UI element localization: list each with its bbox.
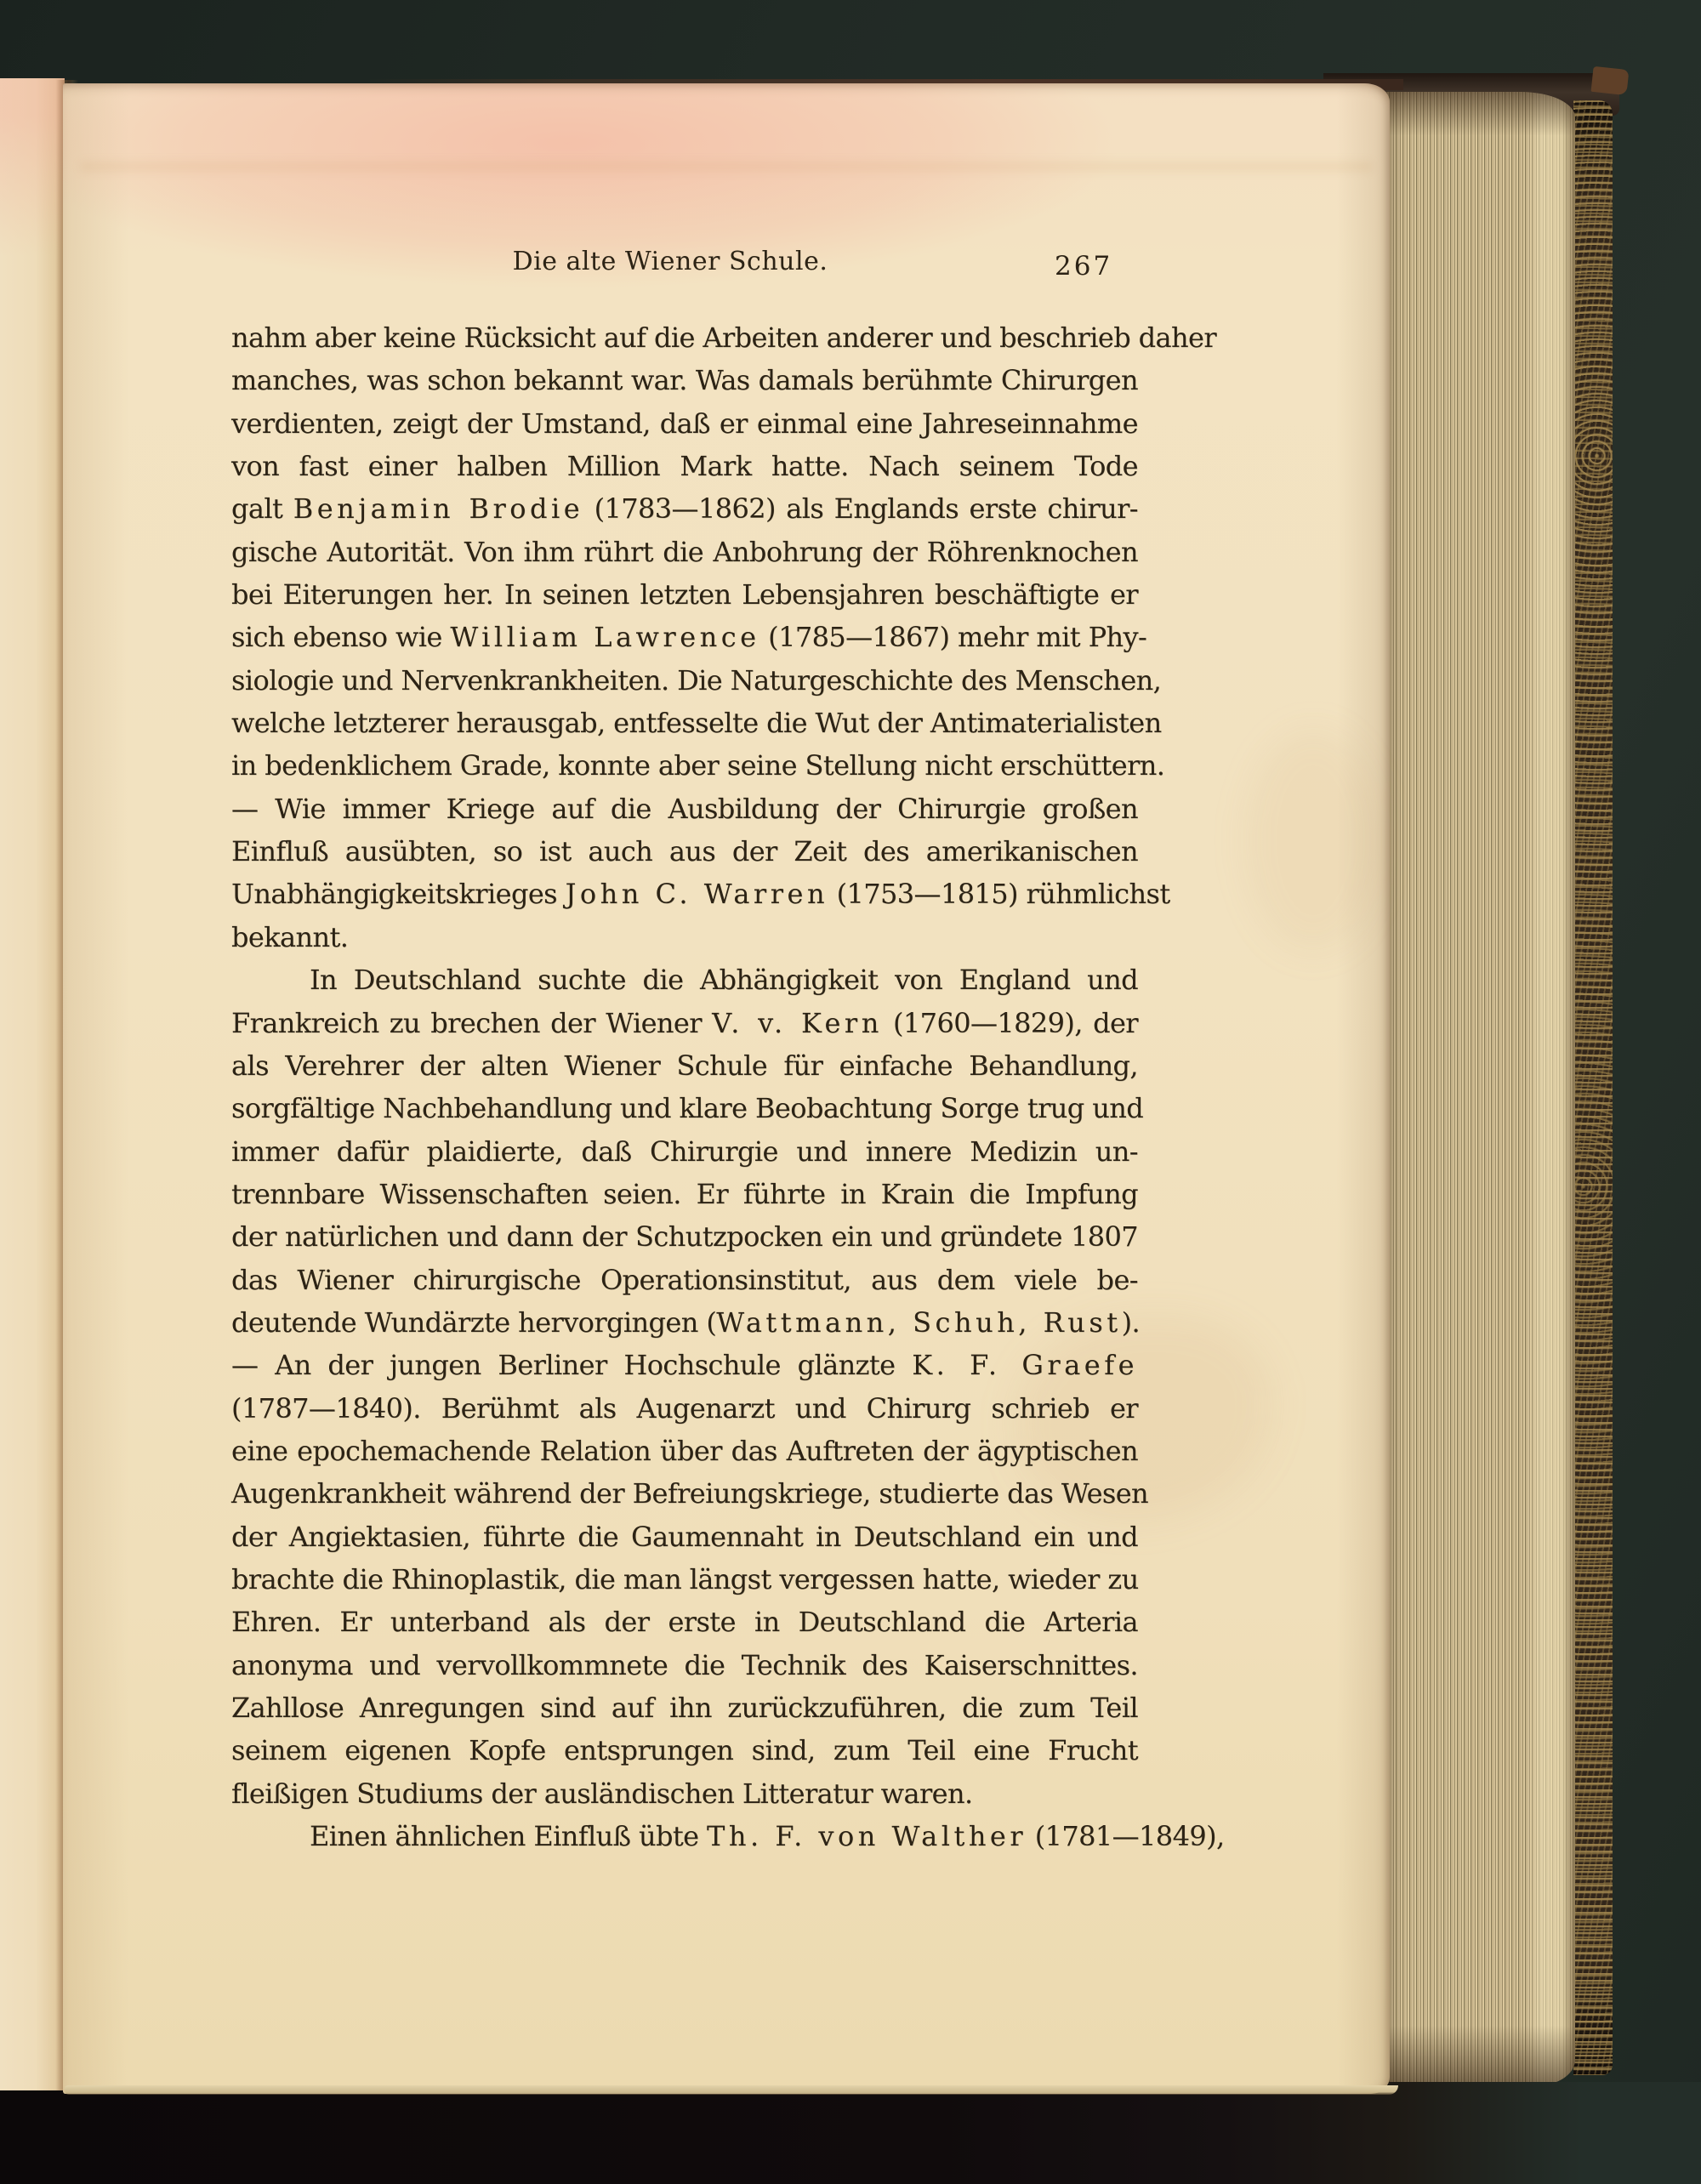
letterspaced-name: V. v. Kern (712, 1007, 883, 1039)
text-line: In Deutschland suchte die Abhängigkeit v… (231, 958, 1138, 1001)
letterspaced-name: Wattmann, Schuh, Rust (716, 1306, 1121, 1339)
text-line: das Wiener chirurgische Operationsinstit… (231, 1259, 1138, 1301)
text-line: brachte die Rhinoplastik, die man längst… (231, 1558, 1138, 1601)
letterspaced-name: K. F. Graefe (912, 1349, 1138, 1381)
text-line: manches, was schon bekannt war. Was dama… (231, 359, 1138, 401)
body-text: nahm aber keine Rücksicht auf die Arbeit… (231, 316, 1138, 1857)
text-line: bekannt. (231, 916, 1138, 958)
letterspaced-name: William Lawrence (450, 621, 759, 653)
text-line: galt Benjamin Brodie (1783—1862) als Eng… (231, 487, 1138, 530)
text-line: eine epochemachende Relation über das Au… (231, 1430, 1138, 1472)
text-line: — An der jungen Berliner Hochschule glän… (231, 1344, 1138, 1386)
text-line: immer dafür plaidierte, daß Chirurgie un… (231, 1130, 1138, 1173)
text-line: welche letzterer herausgab, entfesselte … (231, 702, 1138, 744)
text-line: fleißigen Studiums der ausländischen Lit… (231, 1772, 1138, 1815)
text-line: — Wie immer Kriege auf die Ausbildung de… (231, 788, 1138, 830)
page-block-fore-edge (1385, 92, 1575, 2085)
text-line: in bedenklichem Grade, konnte aber seine… (231, 744, 1138, 787)
text-line: Einfluß ausübten, so ist auch aus der Ze… (231, 830, 1138, 873)
letterspaced-name: Benjamin Brodie (293, 492, 584, 525)
text-line: Frankreich zu brechen der Wiener V. v. K… (231, 1002, 1138, 1044)
text-line: der Angiektasien, führte die Gaumennaht … (231, 1516, 1138, 1558)
text-line: Zahllose Anregungen sind auf ihn zurückz… (231, 1686, 1138, 1729)
text-line: seinem eigenen Kopfe entsprungen sind, z… (231, 1729, 1138, 1772)
text-line: sorgfältige Nachbehandlung und klare Beo… (231, 1087, 1138, 1129)
page-number: 267 (1055, 251, 1112, 282)
book-bottom-shadow (0, 2082, 1701, 2184)
text-line: von fast einer halben Million Mark hatte… (231, 445, 1138, 487)
text-line: anonyma und vervollkommnete die Technik … (231, 1644, 1138, 1686)
paper-stain-blob-2 (1245, 730, 1381, 951)
running-title: Die alte Wiener Schule. (231, 247, 1109, 284)
letterspaced-name: John C. Warren (566, 878, 829, 910)
text-line: als Verehrer der alten Wiener Schule für… (231, 1044, 1138, 1087)
facing-page-pink-tint (0, 78, 65, 265)
text-line: der natürlichen und dann der Schutzpocke… (231, 1215, 1138, 1258)
text-line: (1787—1840). Berühmt als Augenarzt und C… (231, 1387, 1138, 1430)
letterspaced-name: Th. F. von Walther (707, 1820, 1027, 1852)
book-scan-photo: Die alte Wiener Schule. 267 nahm aber ke… (0, 0, 1701, 2184)
text-line: trennbare Wissenschaften seien. Er führt… (231, 1173, 1138, 1215)
paper-stain-line (80, 162, 1373, 172)
text-line: nahm aber keine Rücksicht auf die Arbeit… (231, 316, 1138, 359)
cover-corner (1591, 66, 1630, 95)
text-line: bei Eiterungen her. In seinen letzten Le… (231, 573, 1138, 616)
text-line: Unabhängigkeitskrieges John C. Warren (1… (231, 873, 1138, 915)
text-line: Einen ähnlichen Einfluß übte Th. F. von … (231, 1815, 1138, 1857)
text-line: deutende Wundärzte hervorgingen (Wattman… (231, 1301, 1138, 1344)
text-line: verdienten, zeigt der Umstand, daß er ei… (231, 402, 1138, 445)
page-bottom-edge (65, 2085, 1398, 2095)
text-line: Augenkrankheit während der Befreiungskri… (231, 1472, 1138, 1515)
cover-fore-edge-marbled (1573, 100, 1613, 2075)
text-line: sich ebenso wie William Lawrence (1785—1… (231, 616, 1138, 658)
text-line: gische Autorität. Von ihm rührt die Anbo… (231, 531, 1138, 573)
facing-page-sliver (0, 78, 65, 2090)
text-line: Ehren. Er unterband als der erste in Deu… (231, 1601, 1138, 1643)
text-line: siologie und Nervenkrankheiten. Die Natu… (231, 659, 1138, 702)
